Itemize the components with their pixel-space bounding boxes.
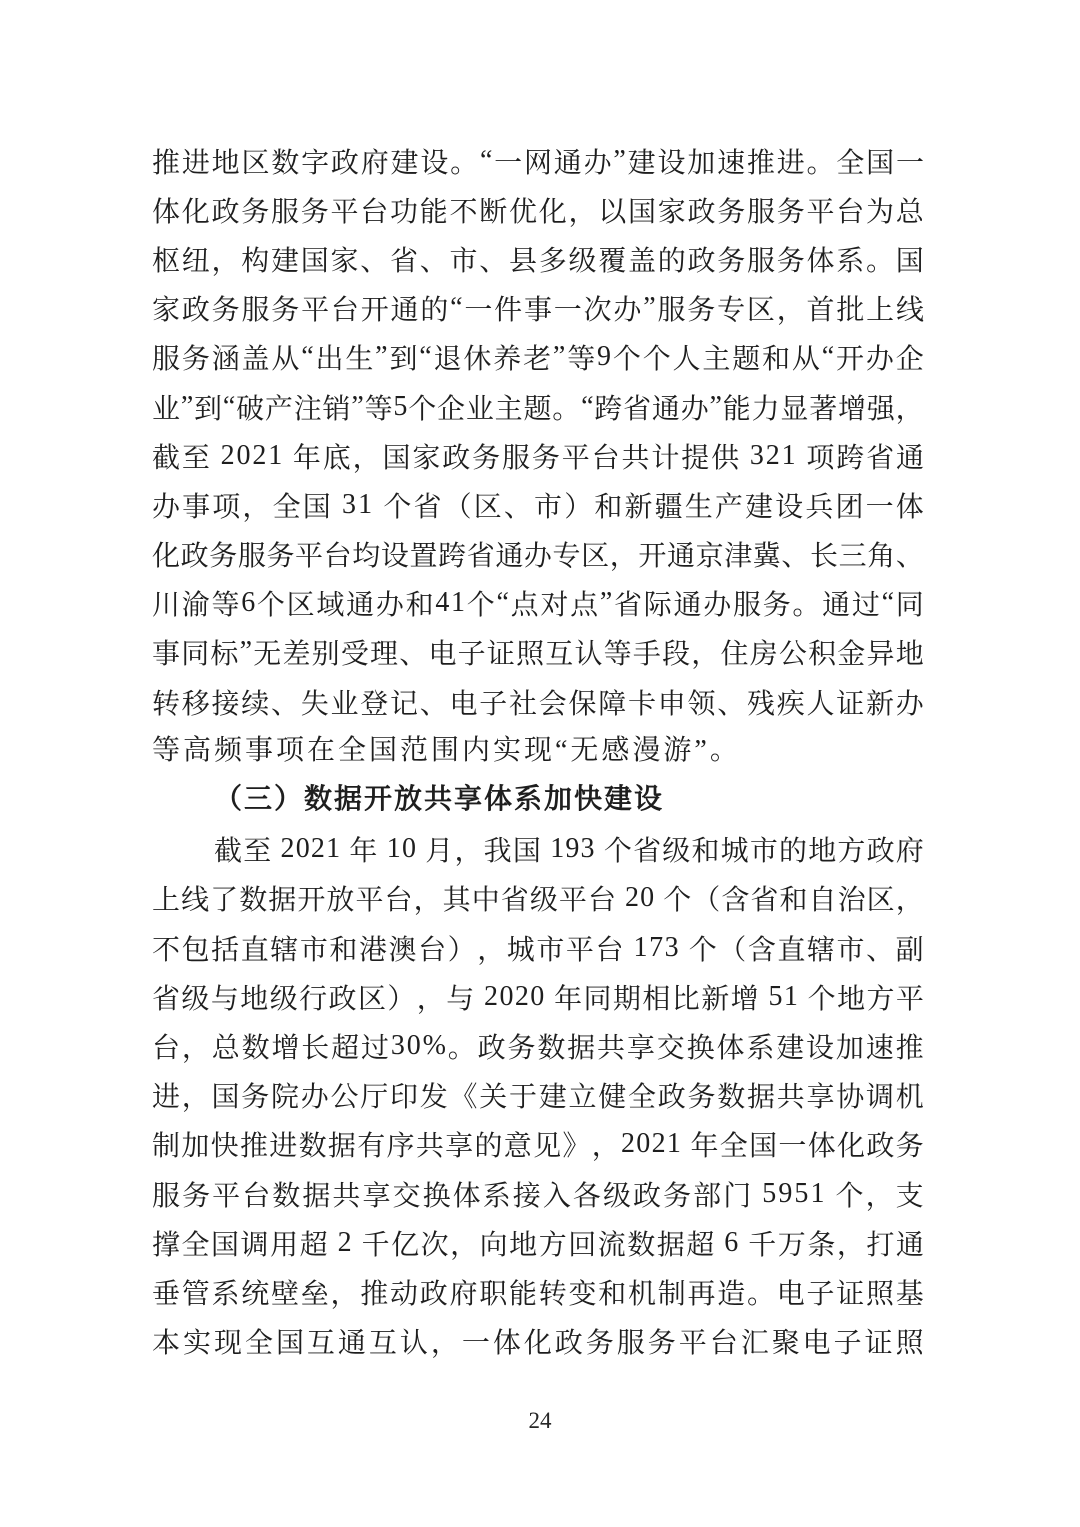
text-line: 枢纽，构建国家、省、市、县多级覆盖的政务服务体系。国 — [152, 234, 924, 283]
text-line: 转移接续、失业登记、电子社会保障卡申领、残疾人证新办 — [152, 677, 924, 726]
text-line: 不包括直辖市和港澳台），城市平台 173 个（含直辖市、副 — [152, 923, 924, 972]
text-line: 本实现全国互通互认，一体化政务服务平台汇聚电子证照 — [152, 1317, 924, 1366]
text-line: 办事项，全国 31 个省（区、市）和新疆生产建设兵团一体 — [152, 480, 924, 529]
text-line: 截至 2021 年 10 月，我国 193 个省级和城市的地方政府 — [152, 825, 924, 874]
text-line: 省级与地级行政区），与 2020 年同期相比新增 51 个地方平 — [152, 972, 924, 1021]
text-line: 截至 2021 年底，国家政务服务平台共计提供 321 项跨省通 — [152, 431, 924, 480]
text-line: 服务平台数据共享交换体系接入各级政务部门 5951 个，支 — [152, 1169, 924, 1218]
text-line: 事同标”无差别受理、电子证照互认等手段，住房公积金异地 — [152, 628, 924, 677]
text-line: 川渝等6个区域通办和41个“点对点”省际通办服务。通过“同 — [152, 579, 924, 628]
text-line: 等高频事项在全国范围内实现“无感漫游”。 — [152, 726, 924, 775]
text-line: 垂管系统壁垒，推动政府职能转变和机制再造。电子证照基 — [152, 1267, 924, 1316]
text-line: 业”到“破产注销”等5个企业主题。“跨省通办”能力显著增强， — [152, 382, 924, 431]
text-line: 制加快推进数据有序共享的意见》，2021 年全国一体化政务 — [152, 1120, 924, 1169]
text-line: 服务涵盖从“出生”到“退休养老”等9个个人主题和从“开办企 — [152, 333, 924, 382]
section-heading: （三）数据开放共享体系加快建设 — [152, 775, 924, 824]
text-line: 体化政务服务平台功能不断优化，以国家政务服务平台为总 — [152, 185, 924, 234]
document-page: 推进地区数字政府建设。“一网通办”建设加速推进。全国一体化政务服务平台功能不断优… — [0, 0, 1080, 1527]
text-line: 撑全国调用超 2 千亿次，向地方回流数据超 6 千万条，打通 — [152, 1218, 924, 1267]
text-line: 台，总数增长超过30%。政务数据共享交换体系建设加速推 — [152, 1021, 924, 1070]
text-body: 推进地区数字政府建设。“一网通办”建设加速推进。全国一体化政务服务平台功能不断优… — [152, 136, 924, 1366]
text-line: 化政务服务平台均设置跨省通办专区，开通京津冀、长三角、 — [152, 530, 924, 579]
text-line: 上线了数据开放平台，其中省级平台 20 个（含省和自治区， — [152, 874, 924, 923]
text-line: 进，国务院办公厅印发《关于建立健全政务数据共享协调机 — [152, 1071, 924, 1120]
text-line: 推进地区数字政府建设。“一网通办”建设加速推进。全国一 — [152, 136, 924, 185]
page-number: 24 — [0, 1408, 1080, 1434]
text-line: 家政务服务平台开通的“一件事一次办”服务专区，首批上线 — [152, 284, 924, 333]
